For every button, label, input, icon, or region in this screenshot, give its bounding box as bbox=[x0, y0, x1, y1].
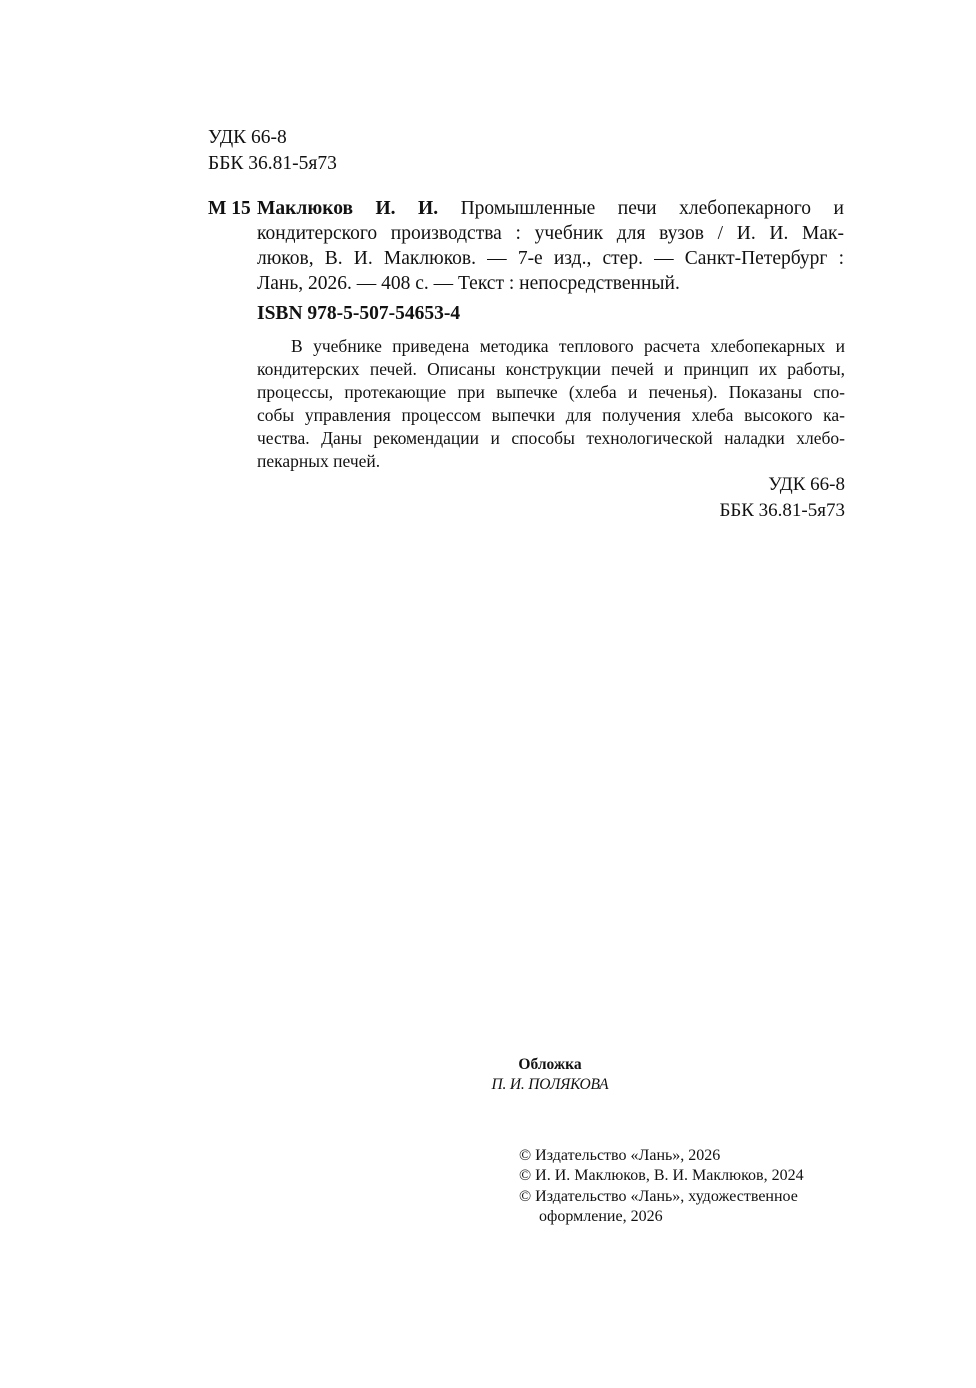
abstract-line: кондитерских печей. Описаны конструкции … bbox=[257, 358, 845, 381]
copyright-line: © Издательство «Лань», художественное bbox=[519, 1187, 804, 1207]
copyright-block: © Издательство «Лань», 2026 © И. И. Макл… bbox=[519, 1146, 804, 1227]
abstract-line: процессы, протекающие при выпечке (хлеба… bbox=[257, 381, 845, 404]
bibliographic-description: Маклюков И. И. Промышленные печи хлебопе… bbox=[257, 196, 844, 296]
copyright-line-continuation: оформление, 2026 bbox=[519, 1207, 804, 1227]
udk-code: УДК 66-8 bbox=[640, 472, 845, 498]
entry-line-1: Маклюков И. И. Промышленные печи хлебопе… bbox=[257, 196, 844, 221]
abstract-line: чества. Даны рекомендации и способы техн… bbox=[257, 427, 845, 450]
copyright-line: © Издательство «Лань», 2026 bbox=[519, 1146, 804, 1166]
entry-line-2: кондитерского производства : учебник для… bbox=[257, 221, 844, 246]
title-text: Промышленные печи хлебопекарного и bbox=[438, 198, 844, 219]
entry-line-4: Лань, 2026. — 408 с. — Текст : непосредс… bbox=[257, 271, 844, 296]
author-name: Маклюков И. И. bbox=[257, 198, 438, 219]
entry-line-3: люков, В. И. Маклюков. — 7-е изд., стер.… bbox=[257, 246, 844, 271]
cover-label: Обложка bbox=[470, 1055, 630, 1075]
abstract-line: В учебнике приведена методика теплового … bbox=[257, 335, 845, 358]
abstract-line: пекарных печей. bbox=[257, 450, 845, 473]
cover-credit: Обложка П. И. ПОЛЯКОВА bbox=[470, 1055, 630, 1095]
abstract-line: собы управления процессом выпечки для по… bbox=[257, 404, 845, 427]
cover-designer: П. И. ПОЛЯКОВА bbox=[470, 1075, 630, 1095]
header-classification-codes: УДК 66-8 ББК 36.81-5я73 bbox=[208, 125, 337, 177]
bbk-code: ББК 36.81-5я73 bbox=[640, 498, 845, 524]
copyright-line: © И. И. Маклюков, В. И. Маклюков, 2024 bbox=[519, 1166, 804, 1186]
bbk-code: ББК 36.81-5я73 bbox=[208, 151, 337, 177]
isbn: ISBN 978-5-507-54653-4 bbox=[257, 302, 460, 326]
udk-code: УДК 66-8 bbox=[208, 125, 337, 151]
author-mark: М 15 bbox=[208, 196, 251, 221]
footer-classification-codes: УДК 66-8 ББК 36.81-5я73 bbox=[640, 472, 845, 524]
abstract: В учебнике приведена методика теплового … bbox=[257, 335, 845, 473]
